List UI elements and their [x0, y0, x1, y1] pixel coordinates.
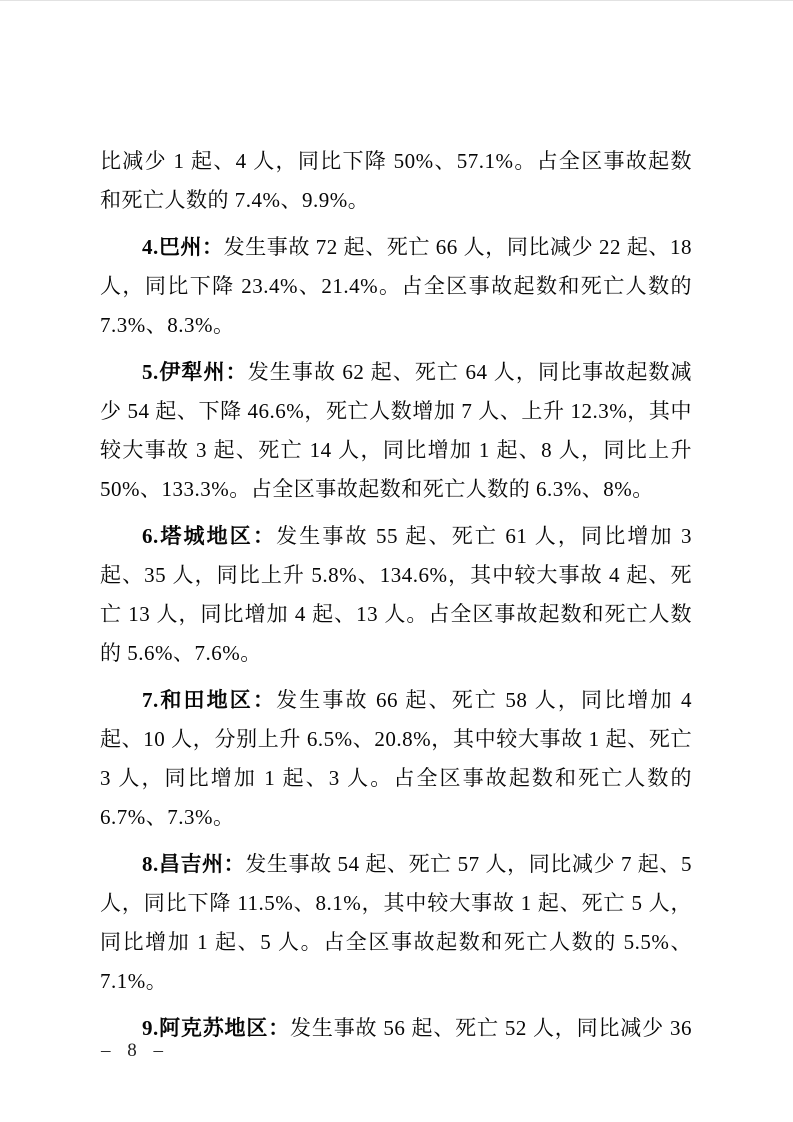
document-page: 比减少 1 起、4 人，同比下降 50%、57.1%。占全区事故起数和死亡人数的… — [0, 0, 793, 1122]
paragraph-yilizhou: 5.伊犁州：发生事故 62 起、死亡 64 人，同比事故起数减少 54 起、下降… — [100, 353, 692, 509]
paragraph-text: 发生事故 56 起、死亡 52 人，同比减少 36 — [290, 1016, 692, 1040]
document-body: 比减少 1 起、4 人，同比下降 50%、57.1%。占全区事故起数和死亡人数的… — [100, 142, 692, 1048]
paragraph-lead: 7.和田地区： — [142, 688, 276, 712]
paragraph-bazhou: 4.巴州：发生事故 72 起、死亡 66 人，同比减少 22 起、18 人，同比… — [100, 228, 692, 345]
paragraph-lead: 9.阿克苏地区： — [142, 1016, 290, 1040]
paragraph-tacheng: 6.塔城地区：发生事故 55 起、死亡 61 人，同比增加 3 起、35 人，同… — [100, 517, 692, 673]
paragraph-lead: 6.塔城地区： — [142, 524, 276, 548]
paragraph-changji: 8.昌吉州：发生事故 54 起、死亡 57 人，同比减少 7 起、5 人，同比下… — [100, 845, 692, 1001]
paragraph-hetian: 7.和田地区：发生事故 66 起、死亡 58 人，同比增加 4 起、10 人，分… — [100, 681, 692, 837]
paragraph-akesu: 9.阿克苏地区：发生事故 56 起、死亡 52 人，同比减少 36 — [100, 1009, 692, 1048]
paragraph-lead: 4.巴州： — [142, 235, 224, 259]
page-number: – 8 – — [101, 1040, 169, 1062]
paragraph-lead: 8.昌吉州： — [142, 852, 245, 876]
paragraph-lead: 5.伊犁州： — [142, 360, 248, 384]
paragraph-continuation: 比减少 1 起、4 人，同比下降 50%、57.1%。占全区事故起数和死亡人数的… — [100, 142, 692, 220]
paragraph-text: 比减少 1 起、4 人，同比下降 50%、57.1%。占全区事故起数和死亡人数的… — [100, 149, 692, 212]
